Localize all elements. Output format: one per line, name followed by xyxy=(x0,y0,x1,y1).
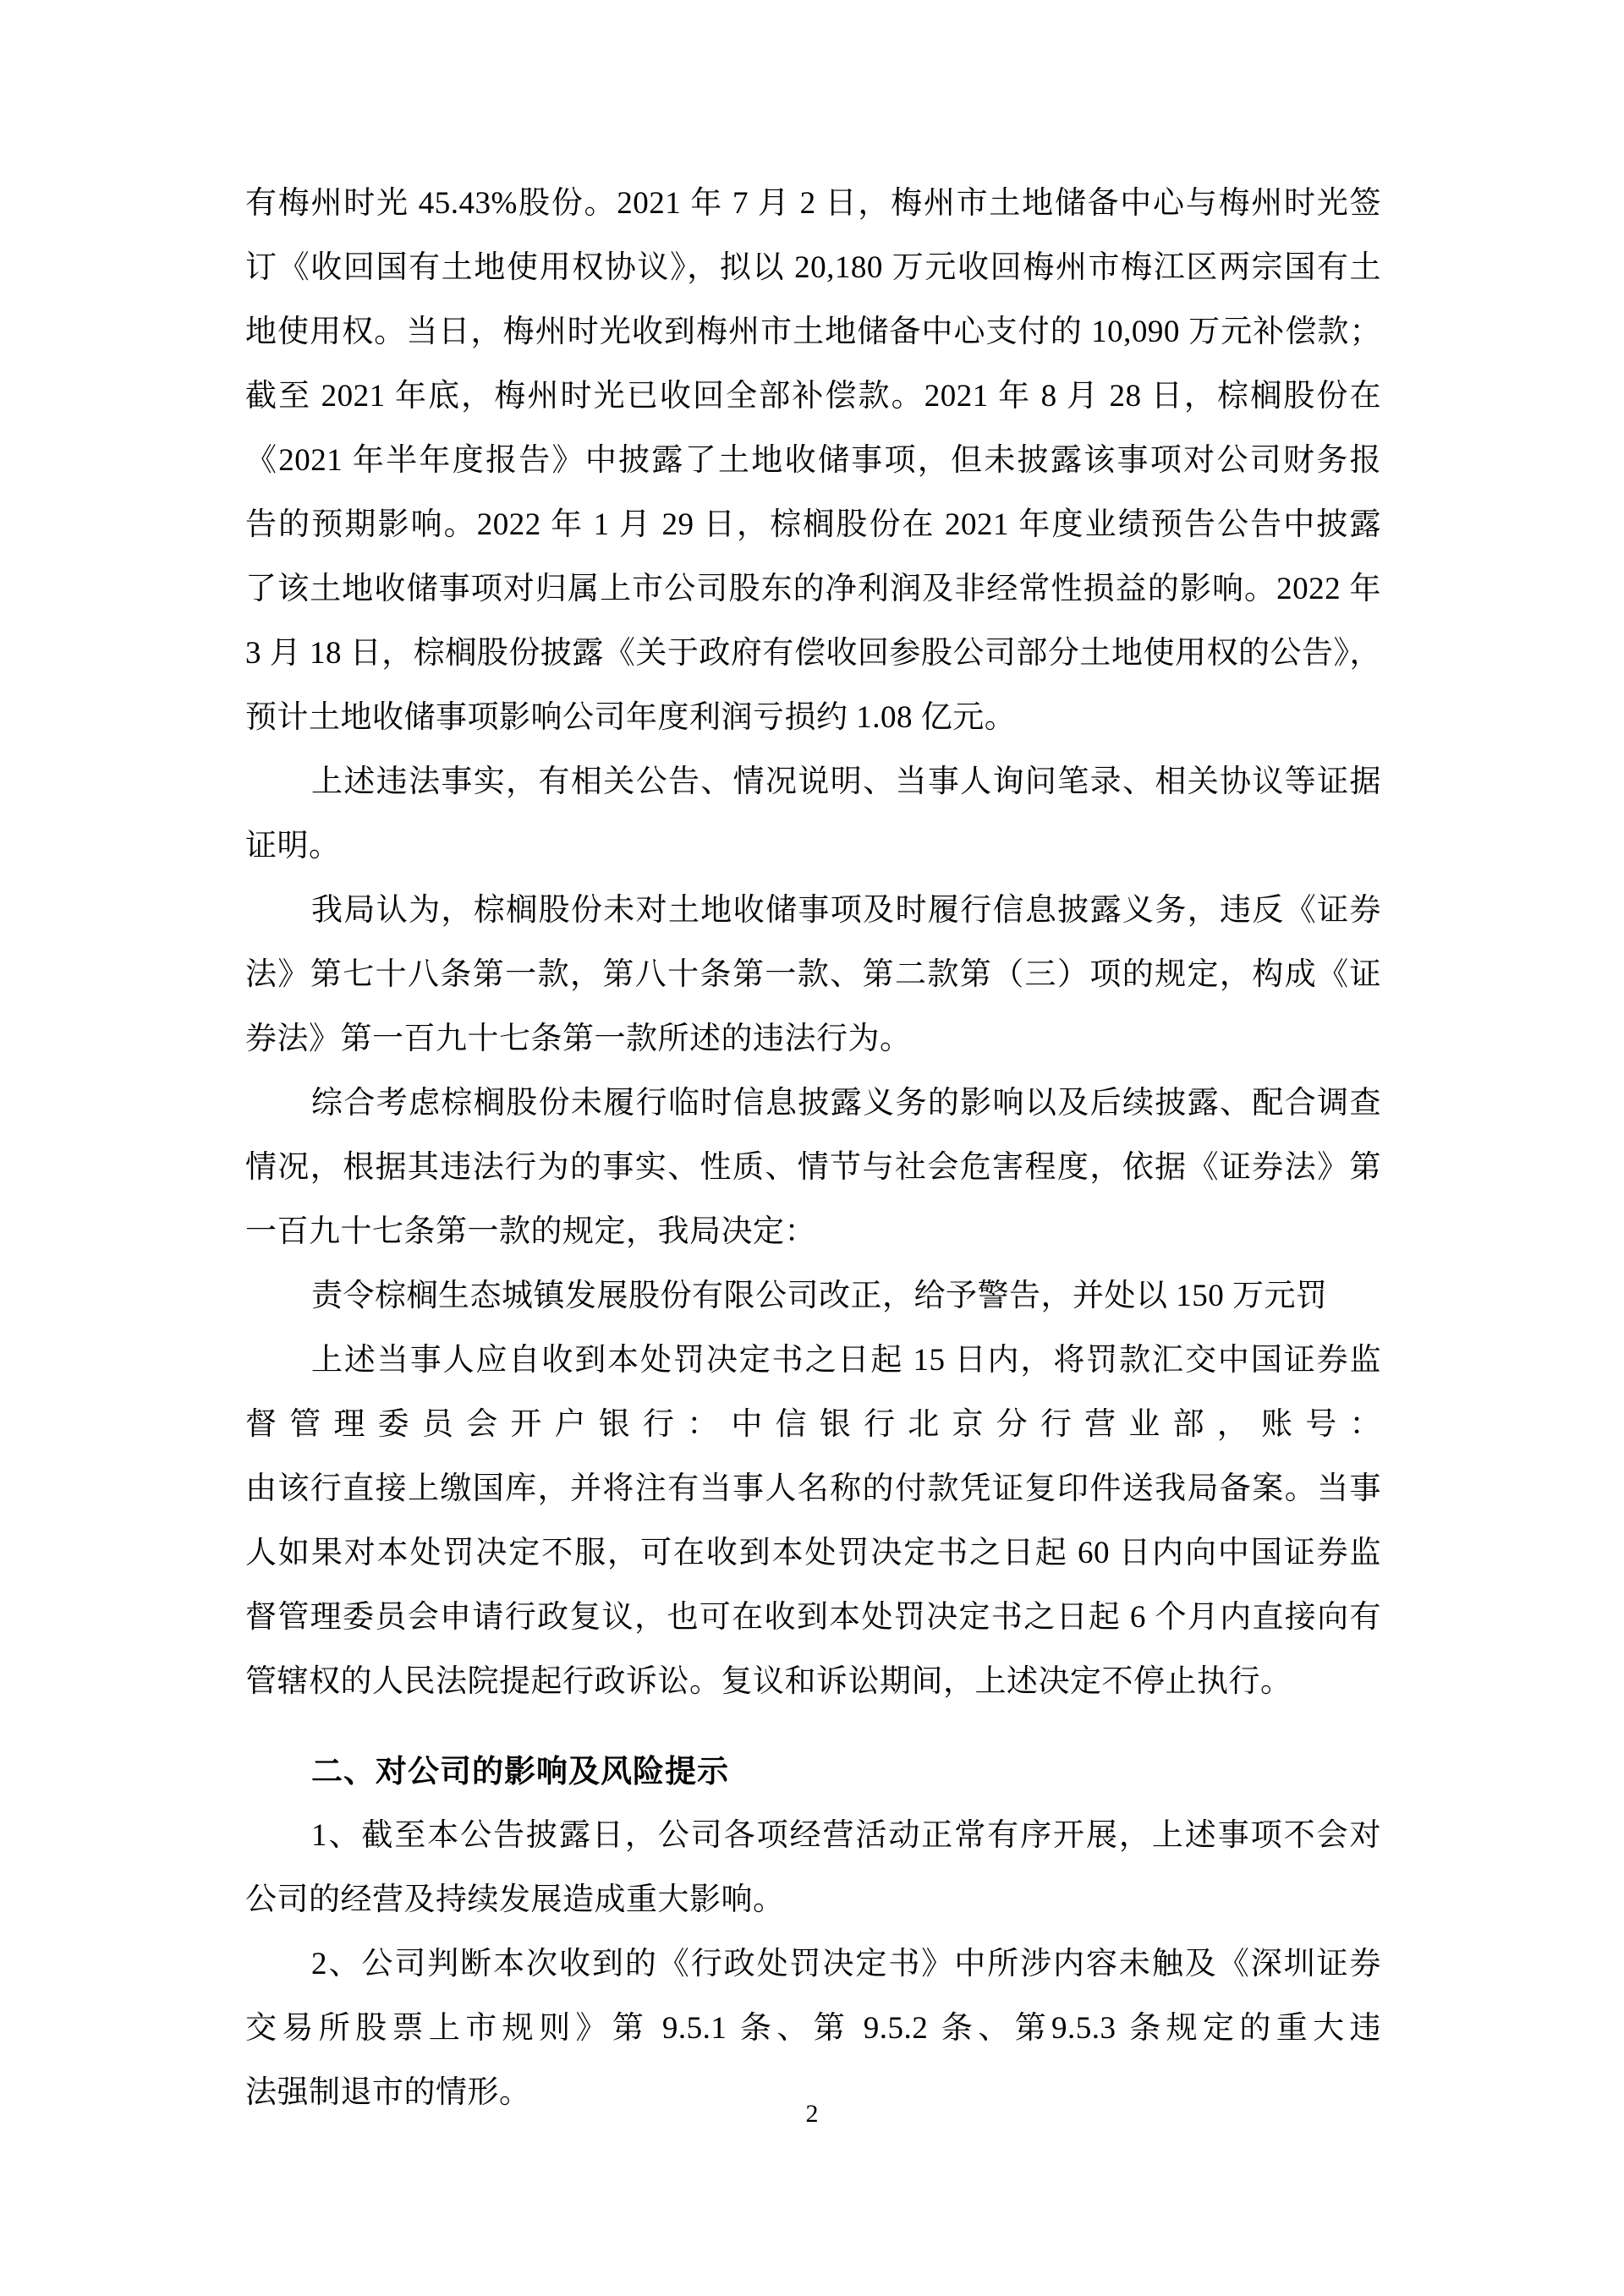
document-line: 告的预期影响。2022 年 1 月 29 日，棕榈股份在 2021 年度业绩预告… xyxy=(245,493,1381,557)
document-line: 上述违法事实，有相关公告、情况说明、当事人询问笔录、相关协议等证据 xyxy=(245,750,1381,814)
document-line: 了该土地收储事项对归属上市公司股东的净利润及非经常性损益的影响。2022 年 xyxy=(245,557,1381,622)
document-line: 综合考虑棕榈股份未履行临时信息披露义务的影响以及后续披露、配合调查 xyxy=(245,1071,1381,1136)
document-line: 订《收回国有土地使用权协议》，拟以 20,180 万元收回梅州市梅江区两宗国有土 xyxy=(245,236,1381,300)
document-line: 截至 2021 年底，梅州时光已收回全部补偿款。2021 年 8 月 28 日，… xyxy=(245,364,1381,429)
document-line: 证明。 xyxy=(245,814,1381,879)
document-line: 地使用权。当日，梅州时光收到梅州市土地储备中心支付的 10,090 万元补偿款； xyxy=(245,300,1381,364)
document-line: 券法》第一百九十七条第一款所述的违法行为。 xyxy=(245,1007,1381,1071)
document-line: 督管理委员会开户银行：中信银行北京分行营业部，账号：71110101898000… xyxy=(245,1393,1381,1457)
document-line: 有梅州时光 45.43%股份。2021 年 7 月 2 日，梅州市土地储备中心与… xyxy=(245,172,1381,236)
document-line: 1、截至本公告披露日，公司各项经营活动正常有序开展，上述事项不会对 xyxy=(245,1804,1381,1868)
document-line: 法》第七十八条第一款，第八十条第一款、第二款第（三）项的规定，构成《证 xyxy=(245,943,1381,1007)
document-page: 有梅州时光 45.43%股份。2021 年 7 月 2 日，梅州市土地储备中心与… xyxy=(0,0,1624,2296)
document-line: 一百九十七条第一款的规定，我局决定： xyxy=(245,1200,1381,1264)
document-line: 预计土地收储事项影响公司年度利润亏损约 1.08 亿元。 xyxy=(245,686,1381,750)
document-line: 《2021 年半年度报告》中披露了土地收储事项，但未披露该事项对公司财务报 xyxy=(245,429,1381,493)
document-line: 由该行直接上缴国库，并将注有当事人名称的付款凭证复印件送我局备案。当事 xyxy=(245,1457,1381,1521)
document-line: 3 月 18 日，棕榈股份披露《关于政府有偿收回参股公司部分土地使用权的公告》， xyxy=(245,622,1381,686)
document-body: 有梅州时光 45.43%股份。2021 年 7 月 2 日，梅州市土地储备中心与… xyxy=(245,172,1381,2125)
document-line: 我局认为，棕榈股份未对土地收储事项及时履行信息披露义务，违反《证券 xyxy=(245,879,1381,943)
document-line: 情况，根据其违法行为的事实、性质、情节与社会危害程度，依据《证券法》第 xyxy=(245,1136,1381,1200)
document-line: 交易所股票上市规则》第 9.5.1 条、第 9.5.2 条、第9.5.3 条规定… xyxy=(245,1997,1381,2061)
document-line: 管辖权的人民法院提起行政诉讼。复议和诉讼期间，上述决定不停止执行。 xyxy=(245,1650,1381,1714)
document-line: 督管理委员会申请行政复议，也可在收到本处罚决定书之日起 6 个月内直接向有 xyxy=(245,1586,1381,1650)
page-number: 2 xyxy=(0,2096,1624,2133)
document-line: 上述当事人应自收到本处罚决定书之日起 15 日内，将罚款汇交中国证券监 xyxy=(245,1329,1381,1393)
document-line: 责令棕榈生态城镇发展股份有限公司改正，给予警告，并处以 150 万元罚款。 xyxy=(245,1264,1381,1329)
section-heading: 二、对公司的影响及风险提示 xyxy=(245,1740,1381,1804)
document-line: 2、公司判断本次收到的《行政处罚决定书》中所涉内容未触及《深圳证券 xyxy=(245,1932,1381,1997)
document-line: 人如果对本处罚决定不服，可在收到本处罚决定书之日起 60 日内向中国证券监 xyxy=(245,1521,1381,1586)
document-line: 公司的经营及持续发展造成重大影响。 xyxy=(245,1868,1381,1932)
